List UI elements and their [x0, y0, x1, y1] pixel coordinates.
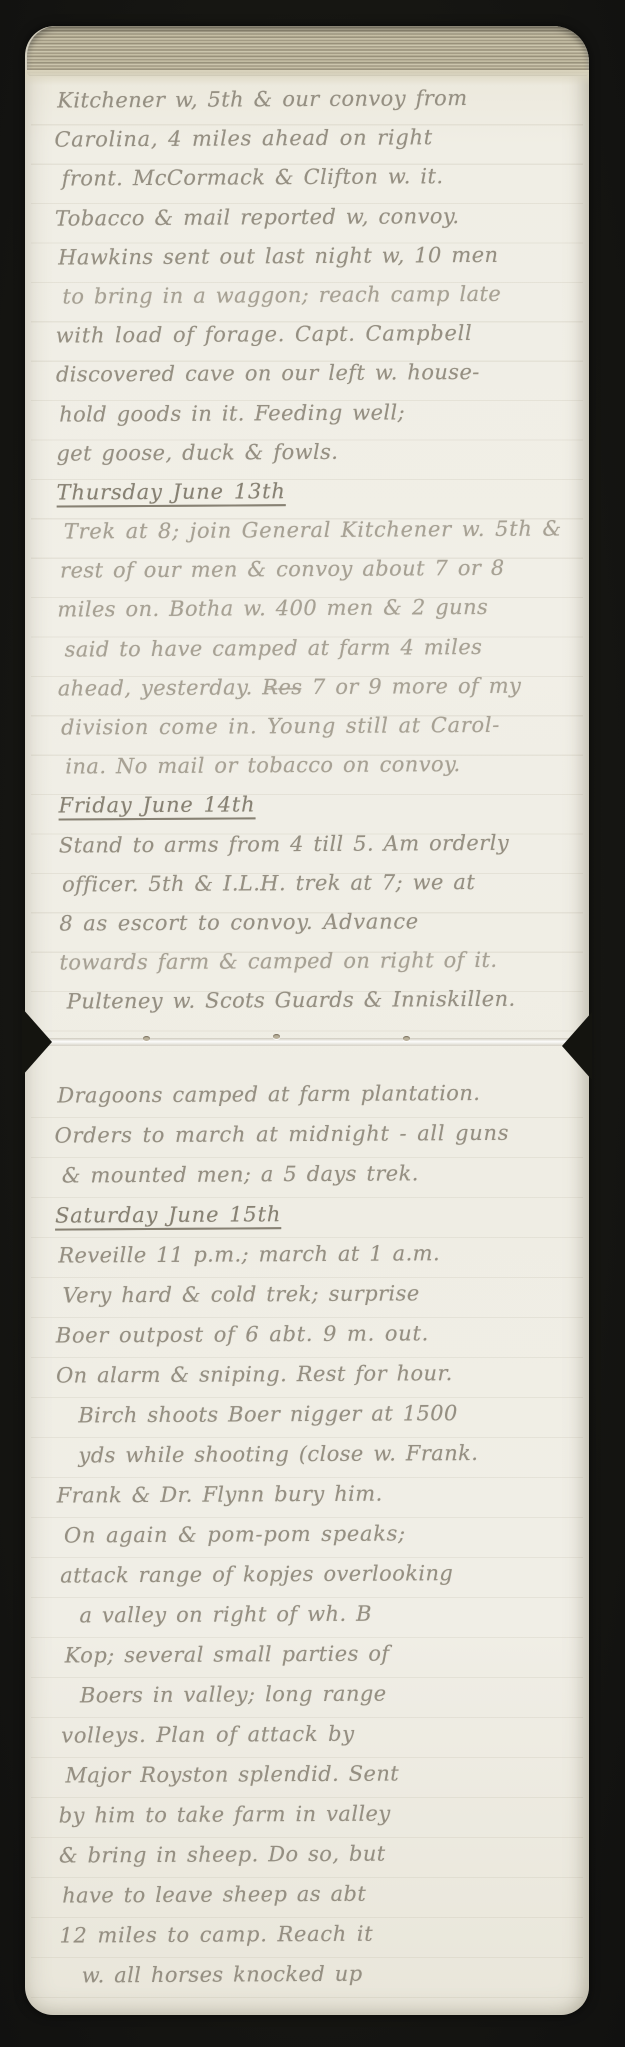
handwriting-line: On alarm & sniping. Rest for hour. — [56, 1352, 566, 1395]
handwriting-line: Birch shoots Boer nigger at 1500 — [56, 1392, 566, 1435]
handwriting-line: get goose, duck & fowls. — [56, 431, 566, 473]
handwriting-line: discovered cave on our left w. house- — [56, 353, 566, 395]
handwriting-line: yds while shooting (close w. Frank. — [56, 1432, 566, 1475]
handwriting-line: w. all horses knocked up — [60, 1952, 570, 1995]
handwriting-line: Carolina, 4 miles ahead on right — [54, 118, 564, 160]
handwriting-line: hold goods in it. Feeding well; — [56, 392, 566, 434]
handwriting-line: volleys. Plan of attack by — [58, 1712, 568, 1755]
handwriting-line: 12 miles to camp. Reach it — [59, 1912, 569, 1955]
handwriting-line: ina. No mail or tobacco on convoy. — [58, 745, 568, 787]
handwriting-line: to bring in a waggon; reach camp late — [55, 274, 565, 316]
handwriting-line: have to leave sheep as abt — [59, 1872, 569, 1915]
handwriting-line: miles on. Botha w. 400 men & 2 guns — [57, 588, 567, 630]
handwriting-line: ahead, yesterday. R̶e̶s̶ 7 or 9 more of … — [58, 666, 568, 708]
handwriting-line: Boer outpost of 6 abt. 9 m. out. — [56, 1312, 566, 1355]
handwriting-line: a valley on right of wh. B — [57, 1592, 567, 1635]
handwriting-line: On again & pom-pom speaks; — [57, 1512, 567, 1555]
handwriting-line: towards farm & camped on right of it. — [59, 941, 569, 983]
handwriting-line: officer. 5th & I.L.H. trek at 7; we at — [59, 862, 569, 904]
date-heading-june-15: Saturday June 15th — [55, 1192, 565, 1235]
scanned-notebook-photo: { "scene": { "background_color": "#16161… — [0, 0, 625, 2047]
center-fold-crease — [25, 1038, 589, 1046]
handwriting-line: Boers in valley; long range — [58, 1672, 568, 1715]
handwriting-line: Hawkins sent out last night w, 10 men — [55, 235, 565, 277]
handwriting-line: front. McCormack & Clifton w. it. — [55, 157, 565, 199]
handwriting-line: Very hard & cold trek; surprise — [55, 1272, 565, 1315]
page-top-handwriting: Kitchener w, 5th & our convoy from Carol… — [54, 78, 570, 1022]
handwriting-line: Trek at 8; join General Kitchener w. 5th… — [57, 510, 567, 552]
stitch-hole — [143, 1036, 150, 1041]
stitch-hole — [403, 1036, 410, 1041]
stitch-hole — [273, 1034, 280, 1039]
handwriting-line: attack range of kopjes overlooking — [57, 1552, 567, 1595]
handwriting-line: & mounted men; a 5 days trek. — [55, 1152, 565, 1195]
handwriting-line: Dragoons camped at farm plantation. — [54, 1072, 564, 1115]
handwriting-line: & bring in sheep. Do so, but — [59, 1832, 569, 1875]
handwriting-line: 8 as escort to convoy. Advance — [59, 901, 569, 943]
handwriting-line: Tobacco & mail reported w, convoy. — [55, 196, 565, 238]
notebook: Kitchener w, 5th & our convoy from Carol… — [25, 26, 589, 2015]
handwriting-line: Pulteney w. Scots Guards & Inniskillen. — [60, 980, 570, 1022]
handwriting-line: Frank & Dr. Flynn bury him. — [57, 1472, 567, 1515]
handwriting-line: Orders to march at midnight - all guns — [54, 1112, 564, 1155]
handwriting-line: Kop; several small parties of — [58, 1632, 568, 1675]
handwriting-line: said to have camped at farm 4 miles — [57, 627, 567, 669]
date-heading-june-14: Friday June 14th — [58, 784, 568, 826]
handwriting-line: with load of forage. Capt. Campbell — [56, 314, 566, 356]
handwriting-line: Reveille 11 p.m.; march at 1 a.m. — [55, 1232, 565, 1275]
handwriting-line: rest of our men & convoy about 7 or 8 — [57, 549, 567, 591]
handwriting-line: Kitchener w, 5th & our convoy from — [54, 78, 564, 120]
page-bottom-handwriting: Dragoons camped at farm plantation. Orde… — [54, 1072, 570, 1995]
handwriting-line: Stand to arms from 4 till 5. Am orderly — [59, 823, 569, 865]
handwriting-line: by him to take farm in valley — [59, 1792, 569, 1835]
page-edge-stack — [27, 26, 589, 76]
date-heading-june-13: Thursday June 13th — [57, 470, 567, 512]
handwriting-line: Major Royston splendid. Sent — [58, 1752, 568, 1795]
handwriting-line: division come in. Young still at Carol- — [58, 705, 568, 747]
